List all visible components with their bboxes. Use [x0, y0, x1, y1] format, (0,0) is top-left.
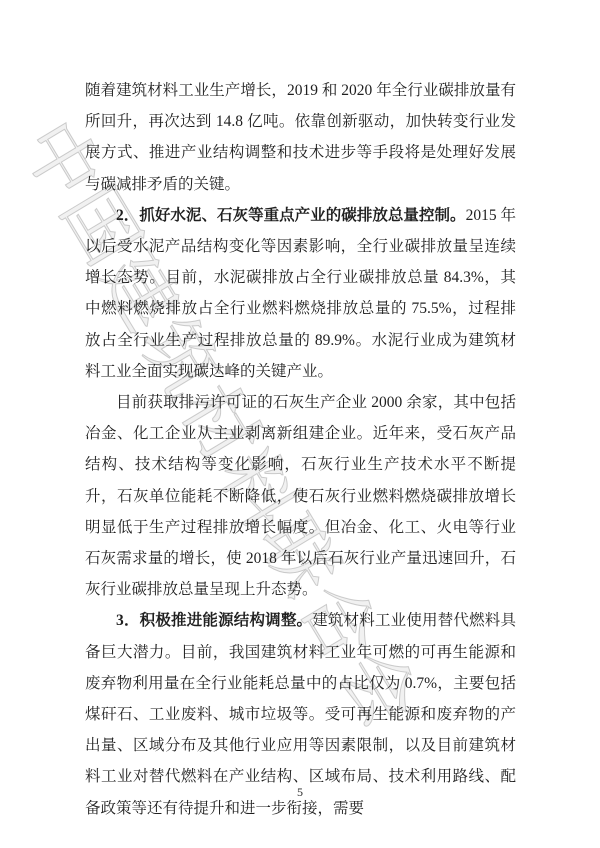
paper-sheet: 中国建筑材料联合会 随着建筑材料工业生产增长，2019 和 2020 年全行业碳… [0, 0, 600, 848]
page-number: 5 [0, 785, 600, 800]
paragraph-text: 目前获取排污许可证的石灰生产企业 2000 余家，其中包括冶金、化工企业从主业剥… [85, 394, 516, 598]
document-page: { "document": { "colors": { "paper": "#f… [0, 0, 600, 848]
paragraph: 2．抓好水泥、石灰等重点产业的碳排放总量控制。2015 年以后受水泥产品结构变化… [85, 200, 516, 387]
paragraph-heading: 2．抓好水泥、石灰等重点产业的碳排放总量控制。 [116, 207, 466, 224]
paragraph-text: 随着建筑材料工业生产增长，2019 和 2020 年全行业碳排放量有所回升，再次… [85, 82, 516, 193]
paragraph: 随着建筑材料工业生产增长，2019 和 2020 年全行业碳排放量有所回升，再次… [85, 75, 516, 200]
document-body: 随着建筑材料工业生产增长，2019 和 2020 年全行业碳排放量有所回升，再次… [85, 75, 516, 824]
paragraph: 目前获取排污许可证的石灰生产企业 2000 余家，其中包括冶金、化工企业从主业剥… [85, 387, 516, 605]
paragraph-heading: 3．积极推进能源结构调整。 [116, 612, 312, 629]
paragraph-text: 2015 年以后受水泥产品结构变化等因素影响，全行业碳排放量呈连续增长态势。目前… [85, 207, 516, 380]
